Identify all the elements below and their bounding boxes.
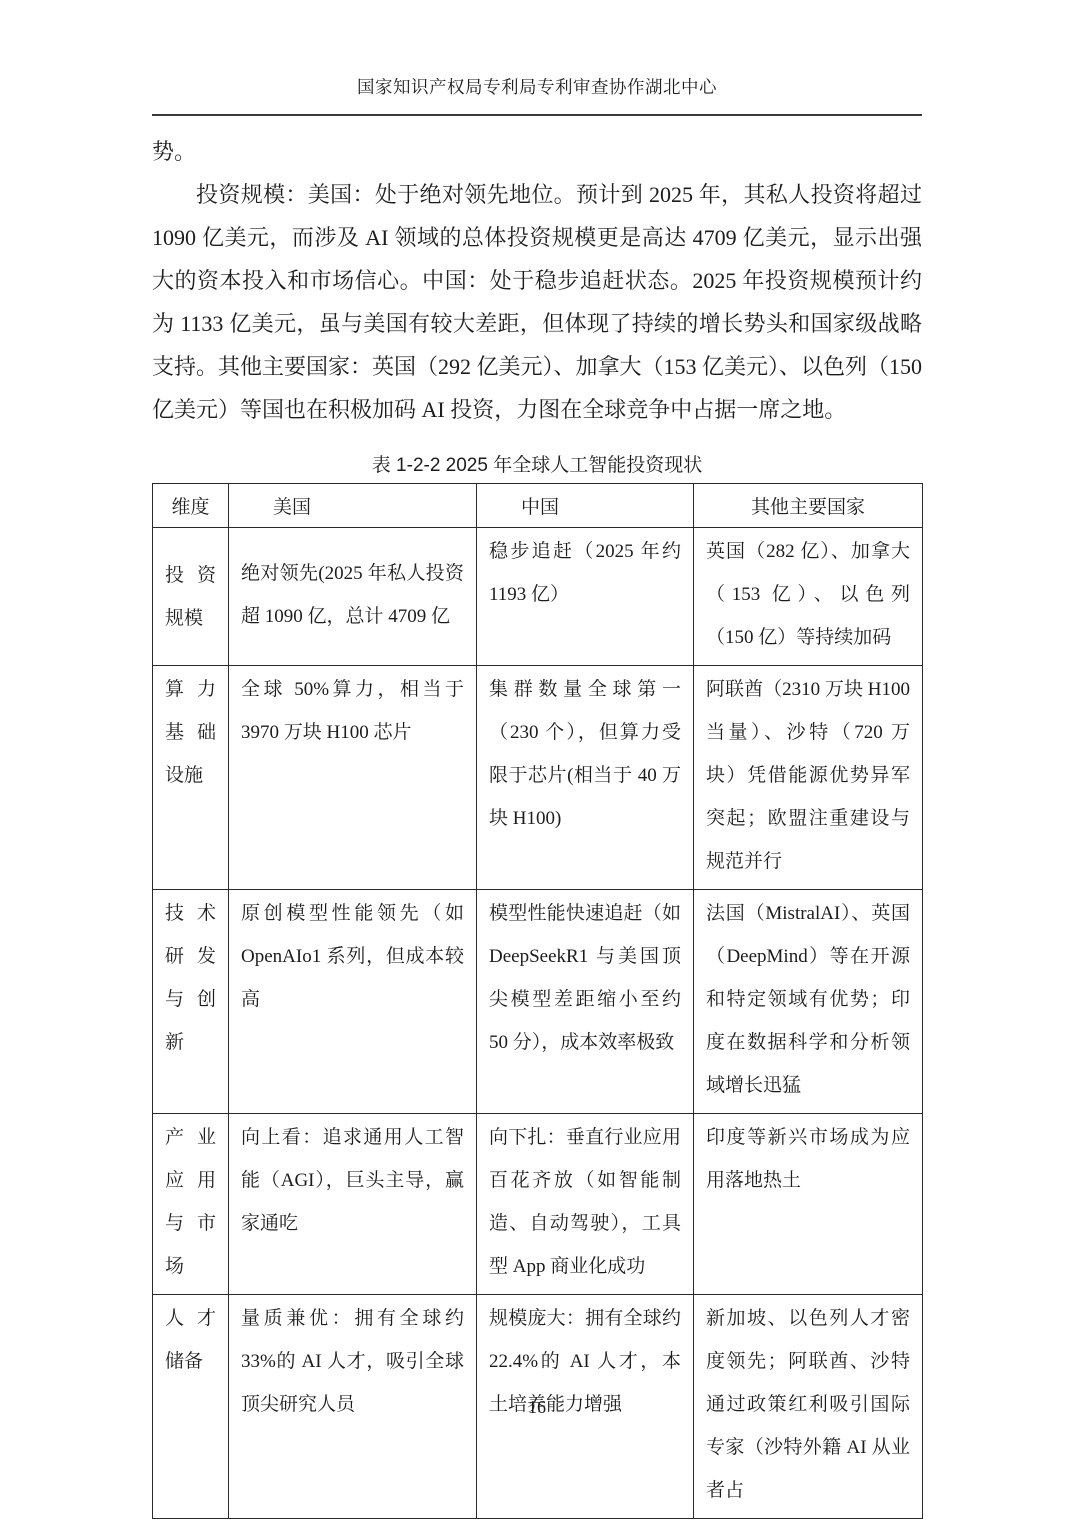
header-divider xyxy=(152,114,922,116)
body-paragraph: 投资规模：美国：处于绝对领先地位。预计到 2025 年，其私人投资将超过 109… xyxy=(152,173,922,431)
column-header-china: 中国 xyxy=(477,484,694,528)
table-row-compute-infrastructure: 算力基础设施 全球 50%算力，相当于 3970 万块 H100 芯片 集群数量… xyxy=(153,666,923,890)
others-cell: 阿联酋（2310 万块 H100 当量）、沙特（720 万块）凭借能源优势异军突… xyxy=(694,666,923,890)
usa-cell: 绝对领先(2025 年私人投资超 1090 亿，总计 4709 亿 xyxy=(229,528,477,666)
others-cell: 英国（282 亿）、加拿大（153 亿）、以色列（150 亿）等持续加码 xyxy=(694,528,923,666)
table-caption: 表 1-2-2 2025 年全球人工智能投资现状 xyxy=(152,453,922,479)
ai-investment-table: 维度 美国 中国 其他主要国家 投资规模 绝对领先(2025 年私人投资超 10… xyxy=(152,483,923,1519)
table-row-investment-scale: 投资规模 绝对领先(2025 年私人投资超 1090 亿，总计 4709 亿 稳… xyxy=(153,528,923,666)
others-cell: 法国（MistralAI）、英国（DeepMind）等在开源和特定领域有优势；印… xyxy=(694,890,923,1114)
carryover-line: 势。 xyxy=(152,130,922,173)
dimension-cell: 算力基础设施 xyxy=(153,666,229,890)
document-header-title: 国家知识产权局专利局专利审查协作湖北中心 xyxy=(152,0,922,98)
usa-cell: 原创模型性能领先（如 OpenAIo1 系列，但成本较高 xyxy=(229,890,477,1114)
column-header-dimension: 维度 xyxy=(153,484,229,528)
page-number: 16 xyxy=(0,1397,1074,1418)
table-row-tech-rd-innovation: 技术研发与创新 原创模型性能领先（如 OpenAIo1 系列，但成本较高 模型性… xyxy=(153,890,923,1114)
china-cell: 稳步追赶（2025 年约 1193 亿） xyxy=(477,528,694,666)
china-cell: 向下扎：垂直行业应用百花齐放（如智能制造、自动驾驶），工具型 App 商业化成功 xyxy=(477,1114,694,1295)
usa-cell: 向上看：追求通用人工智能（AGI），巨头主导，赢家通吃 xyxy=(229,1114,477,1295)
table-row-industry-application-market: 产业应用与市场 向上看：追求通用人工智能（AGI），巨头主导，赢家通吃 向下扎：… xyxy=(153,1114,923,1295)
column-header-usa: 美国 xyxy=(229,484,477,528)
china-cell: 集群数量全球第一（230 个），但算力受限于芯片(相当于 40 万块 H100) xyxy=(477,666,694,890)
usa-cell: 全球 50%算力，相当于 3970 万块 H100 芯片 xyxy=(229,666,477,890)
others-cell: 印度等新兴市场成为应用落地热土 xyxy=(694,1114,923,1295)
dimension-cell: 投资规模 xyxy=(153,528,229,666)
table-header-row: 维度 美国 中国 其他主要国家 xyxy=(153,484,923,528)
dimension-cell: 技术研发与创新 xyxy=(153,890,229,1114)
china-cell: 模型性能快速追赶（如 DeepSeekR1 与美国顶尖模型差距缩小至约 50 分… xyxy=(477,890,694,1114)
column-header-others: 其他主要国家 xyxy=(694,484,923,528)
document-page: 国家知识产权局专利局专利审查协作湖北中心 势。 投资规模：美国：处于绝对领先地位… xyxy=(0,0,1074,1520)
dimension-cell: 产业应用与市场 xyxy=(153,1114,229,1295)
